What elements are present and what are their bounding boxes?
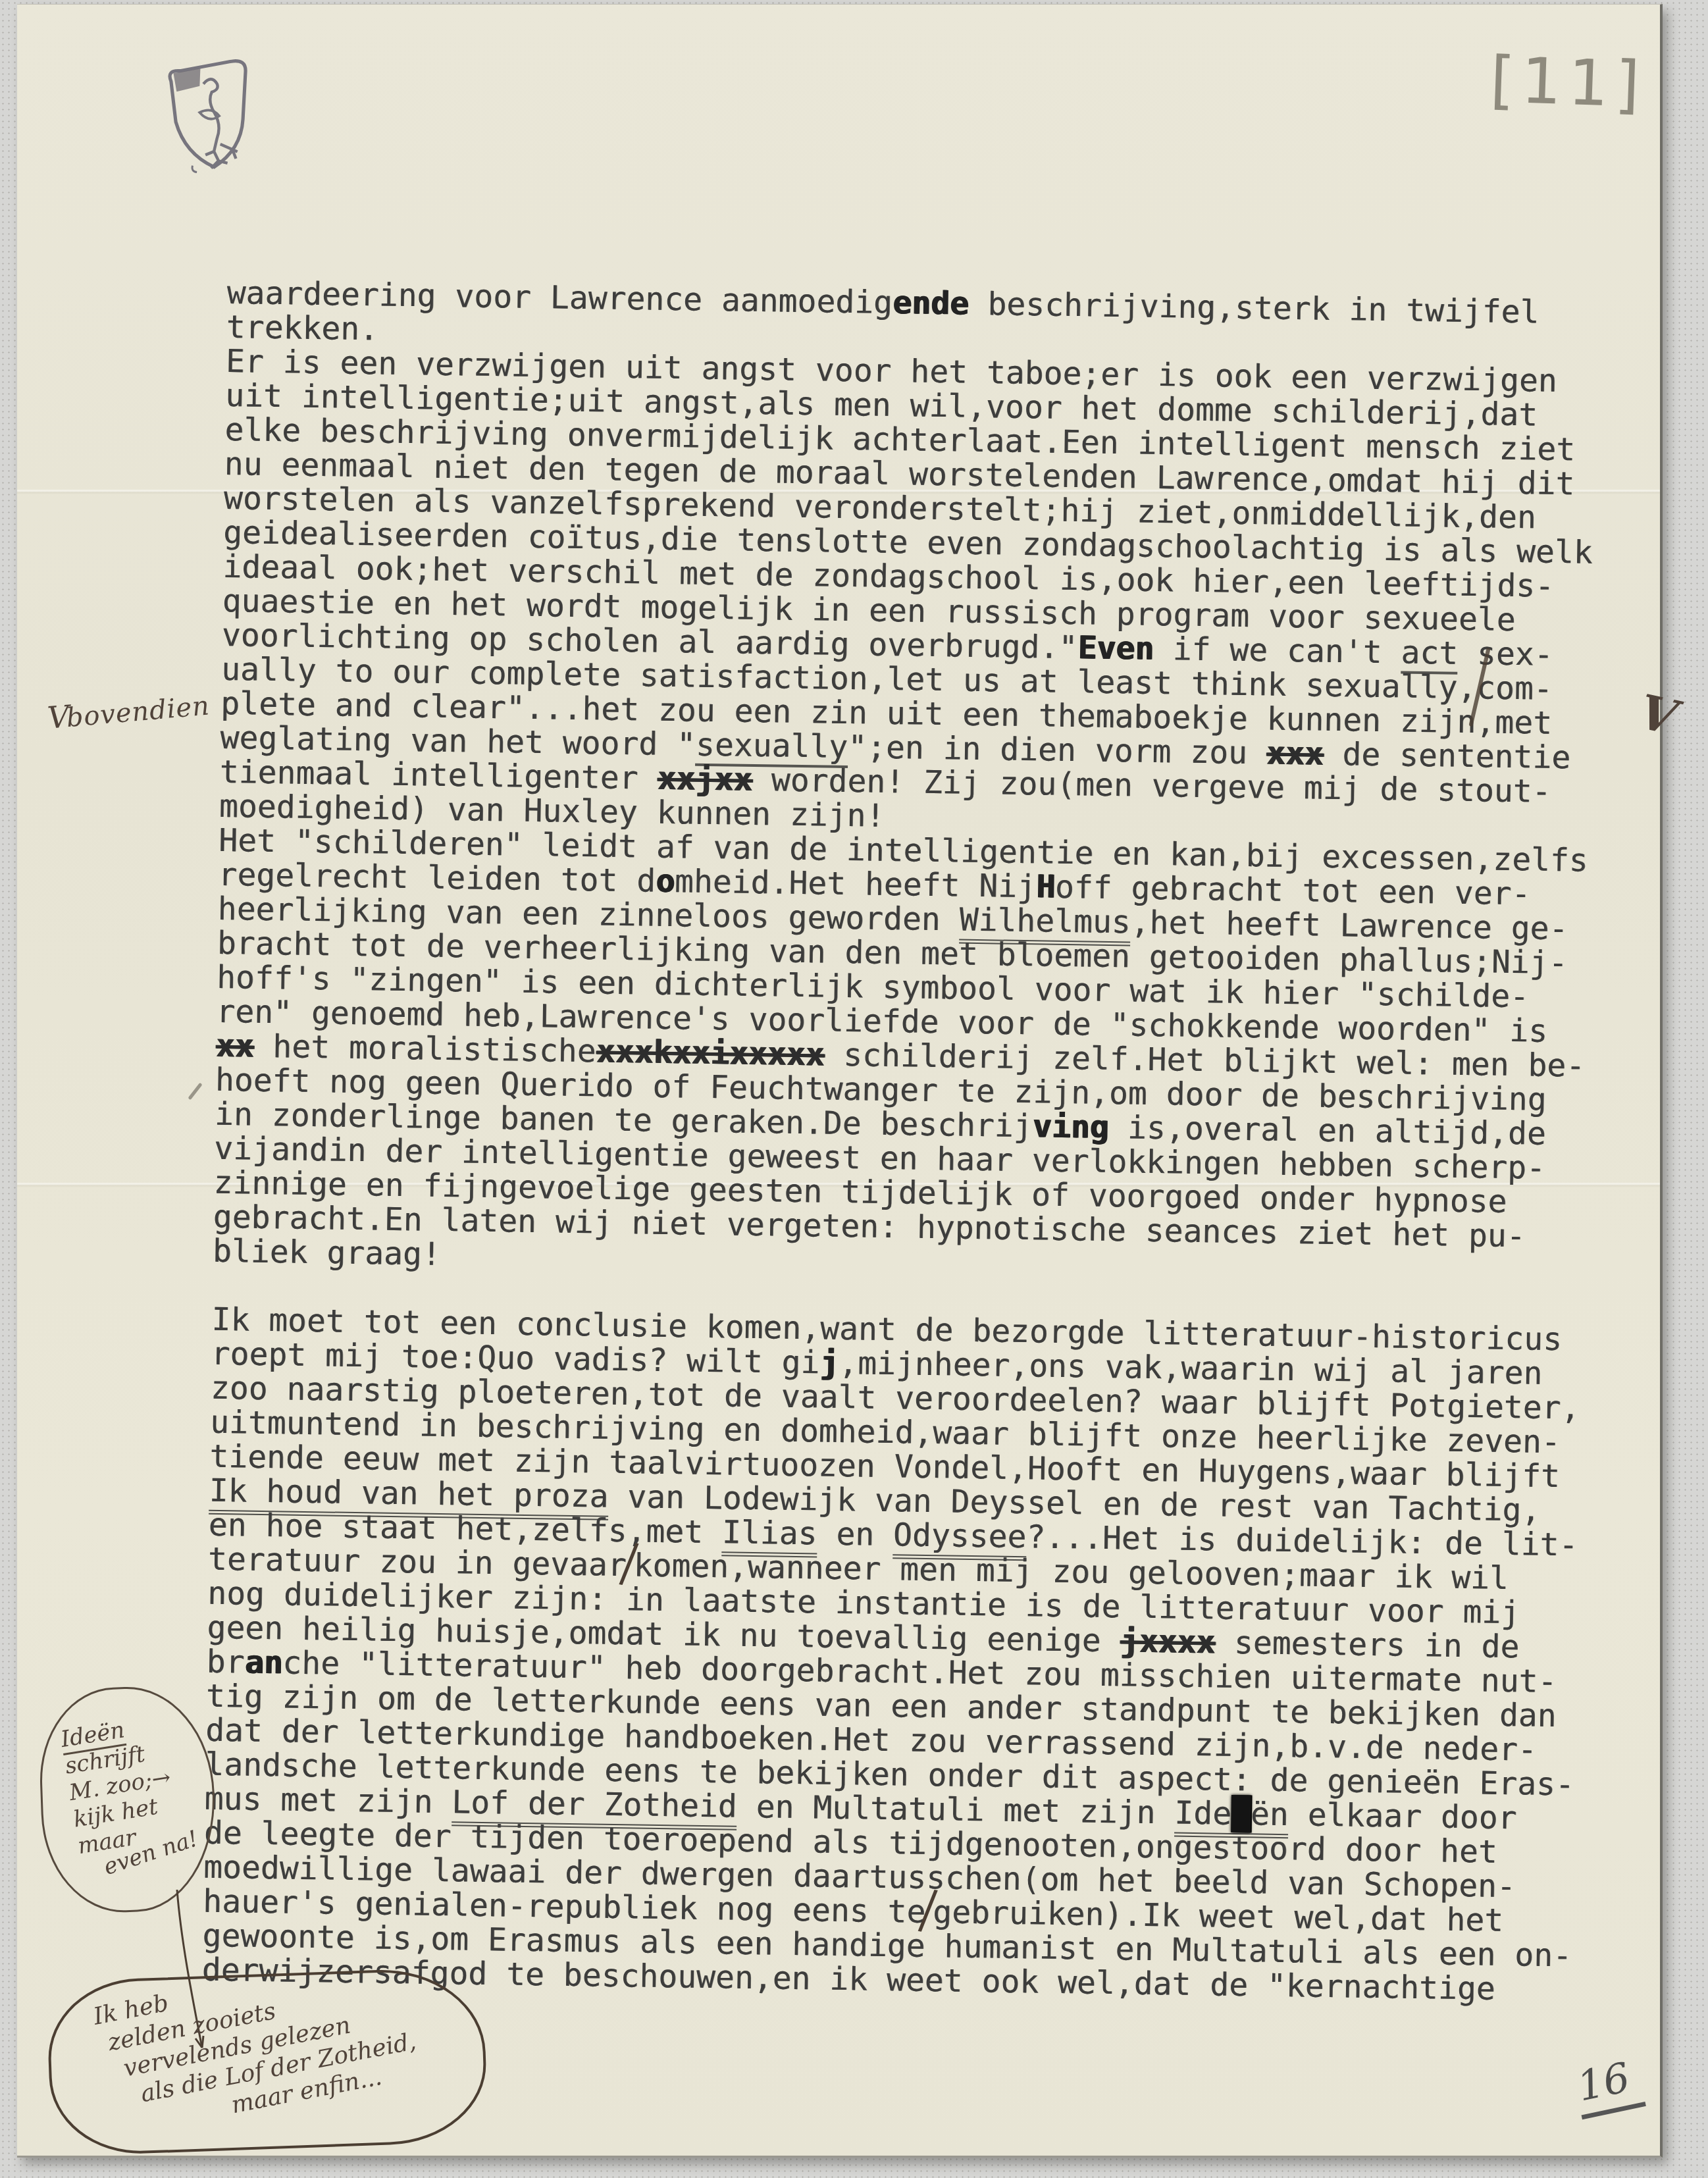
pencil-folio-number: 16: [1574, 2055, 1642, 2115]
margin-insertion-note: Vbovendien: [46, 686, 211, 735]
circled-note-text: IdeënschrijftM. zoo;→kijk hetmaareven na…: [59, 1708, 201, 1878]
scanned-manuscript-screenshot: { "annotations": { "pencil_page_number":…: [0, 0, 1708, 2178]
circled-margin-note-zotheid: Ik hebzelden zooietsvervelends gelezenal…: [46, 1966, 489, 2156]
folio-number-text: 16: [1570, 2051, 1646, 2120]
heraldic-bird-shield-stamp: [155, 58, 261, 176]
typewritten-text-block: waardeering voor Lawrence aanmoedigende …: [201, 276, 1661, 2008]
circled-note-text: Ik hebzelden zooietsvervelends gelezenal…: [72, 1944, 424, 2146]
pencil-tick-mark: [188, 1083, 202, 1101]
pencil-page-number: [11]: [1489, 43, 1647, 122]
document-page: [11] waardeering voor Lawrence aanmoedig…: [17, 4, 1663, 2158]
circled-margin-note-ideen: IdeënschrijftM. zoo;→kijk hetmaareven na…: [37, 1684, 219, 1915]
margin-note-word: bovendien: [65, 690, 211, 733]
